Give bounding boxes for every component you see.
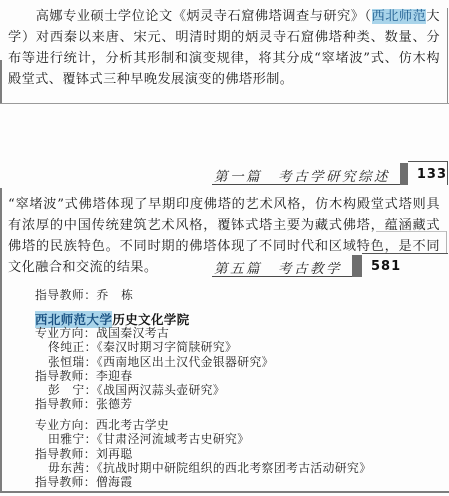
scan-edge-line xyxy=(447,8,448,103)
list-item: 专业方向：西北考古学史 xyxy=(35,418,445,432)
running-header-title: 第五篇 考古教学 xyxy=(212,253,352,277)
list-item: 彭 宁：《战国两汉蒜头壶研究》 xyxy=(35,383,445,397)
running-header-1: 第一篇 考古学研究综述 133 xyxy=(212,161,448,185)
department-name: 历史文化学院 xyxy=(112,312,189,327)
list-item: 佟纯正：《秦汉时期习字简牍研究》 xyxy=(35,340,445,354)
list-item: 毋东茜：《抗战时期中研院组织的西北考察团考古活动研究》 xyxy=(35,461,445,475)
intro-paragraph-pre: 高娜专业硕士学位论文《炳灵寺石窟佛塔调查与研究》（ xyxy=(36,9,372,24)
scan-separator-line xyxy=(0,103,449,104)
page-number: 133 xyxy=(408,161,448,185)
running-header-2: 第五篇 考古教学 581 xyxy=(212,253,448,277)
list-item: 指导教师：李迎春 xyxy=(35,369,445,383)
research-direction-list-a: 专业方向：战国秦汉考古 佟纯正：《秦汉时期习字简牍研究》 张恒瑞：《西南地区出土… xyxy=(35,326,445,412)
scan-edge-line xyxy=(0,188,2,492)
list-item: 指导教师：张德芳 xyxy=(35,397,445,411)
scan-edge-line xyxy=(0,60,2,103)
running-header-title: 第一篇 考古学研究综述 xyxy=(212,161,400,185)
page-number: 581 xyxy=(362,253,448,277)
advisor-line: 指导教师：乔 栋 xyxy=(35,286,133,303)
scan-edge-line xyxy=(0,491,449,493)
highlighted-term: 西北师范 xyxy=(372,9,427,24)
list-item: 指导教师：僧海霞 xyxy=(35,475,445,489)
page-number-block xyxy=(352,255,362,277)
list-item: 田雅宁：《甘肃泾河流域考古史研究》 xyxy=(35,432,445,446)
page-number-block xyxy=(400,163,408,185)
scan-edge-line xyxy=(376,231,447,232)
list-item: 专业方向：战国秦汉考古 xyxy=(35,326,445,340)
intro-paragraph: 高娜专业硕士学位论文《炳灵寺石窟佛塔调查与研究》（西北师范大学）对西秦以来唐、宋… xyxy=(8,6,440,90)
list-item: 指导教师：刘再聪 xyxy=(35,447,445,461)
list-item: 张恒瑞：《西南地区出土汉代金银器研究》 xyxy=(35,355,445,369)
scanned-document-page: { "document": { "intro_paragraph": { "pr… xyxy=(0,0,449,496)
scan-edge-line xyxy=(446,231,447,253)
research-direction-list-b: 专业方向：西北考古学史 田雅宁：《甘肃泾河流域考古史研究》 指导教师：刘再聪 毋… xyxy=(35,418,445,489)
